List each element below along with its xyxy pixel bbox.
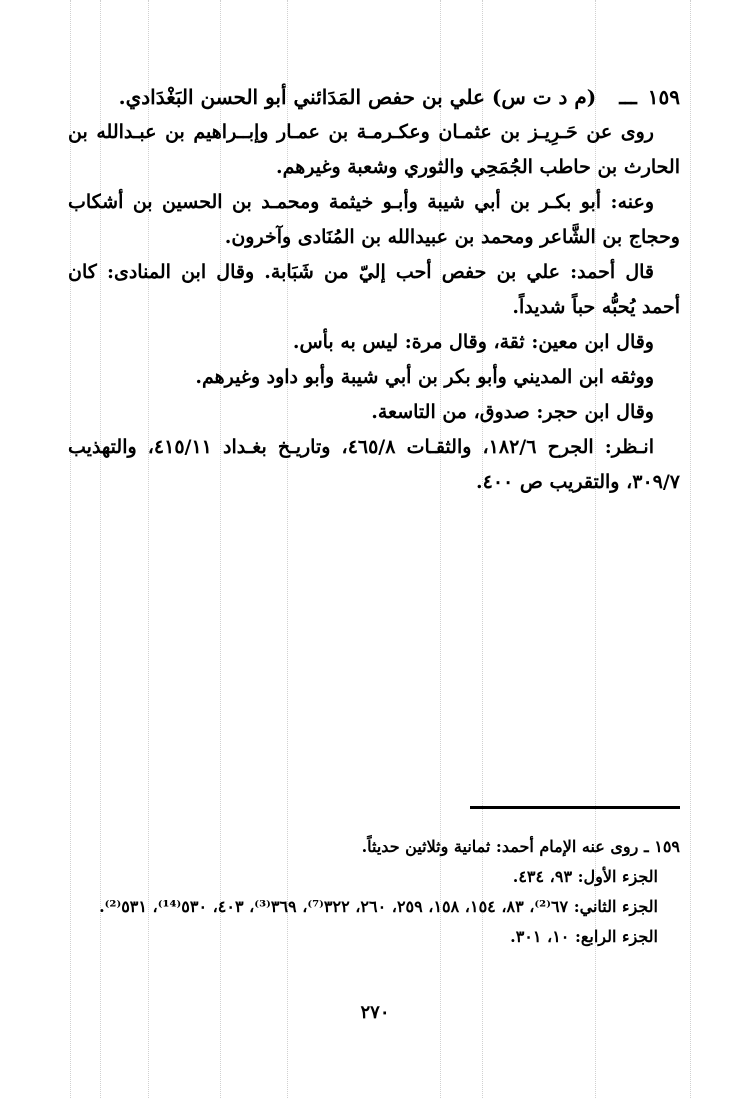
entry-paragraph-ibn-hajar: وقال ابن حجر: صدوق، من التاسعة. [68,395,680,430]
entry-paragraph-narrators: وعنه: أبو بكـر بن أبي شيبة وأبـو خيثمة و… [68,185,680,255]
page-body: ١٥٩ ـــ (م د ت س) علي بن حفص المَدَائني … [68,80,680,500]
footnote-volume-4: الجزء الرابع: ١٠، ٣٠١. [68,922,680,952]
biography-entry: ١٥٩ ـــ (م د ت س) علي بن حفص المَدَائني … [68,80,680,500]
footnote-divider [470,806,680,809]
entry-paragraph-tawthiq: ووثقه ابن المديني وأبو بكر بن أبي شيبة و… [68,360,680,395]
entry-name: علي بن حفص المَدَائني أبو الحسن البَغْدَ… [119,85,485,109]
entry-paragraph-references: انـظر: الجرح ١٨٢/٦، والثقـات ٤٦٥/٨، وتار… [68,430,680,500]
scan-line [690,0,691,1098]
entry-paragraph-ahmad: قال أحمد: علي بن حفص أحب إليّ من شَبَابة… [68,255,680,325]
entry-dash: ـــ [619,85,637,109]
entry-source-codes: (م د ت س) [492,85,596,109]
footnotes: ١٥٩ ـ روى عنه الإمام أحمد: ثمانية وثلاثي… [68,832,680,952]
footnote-volume-1: الجزء الأول: ٩٣، ٤٣٤. [68,862,680,892]
entry-number: ١٥٩ [648,85,680,109]
entry-paragraph-narrated-from: روى عن حَـرِيـز بن عثمـان وعكـرمـة بن عم… [68,115,680,185]
footnote-volume-2: الجزء الثاني: ٦٧⁽²⁾، ٨٣، ١٥٤، ١٥٨، ٢٥٩، … [68,892,680,922]
footnote-intro: ١٥٩ ـ روى عنه الإمام أحمد: ثمانية وثلاثي… [68,832,680,862]
entry-heading: ١٥٩ ـــ (م د ت س) علي بن حفص المَدَائني … [68,80,680,115]
page-number: ٢٧٠ [0,1002,750,1023]
entry-paragraph-ibn-maeen: وقال ابن معين: ثقة، وقال مرة: ليس به بأس… [68,325,680,360]
